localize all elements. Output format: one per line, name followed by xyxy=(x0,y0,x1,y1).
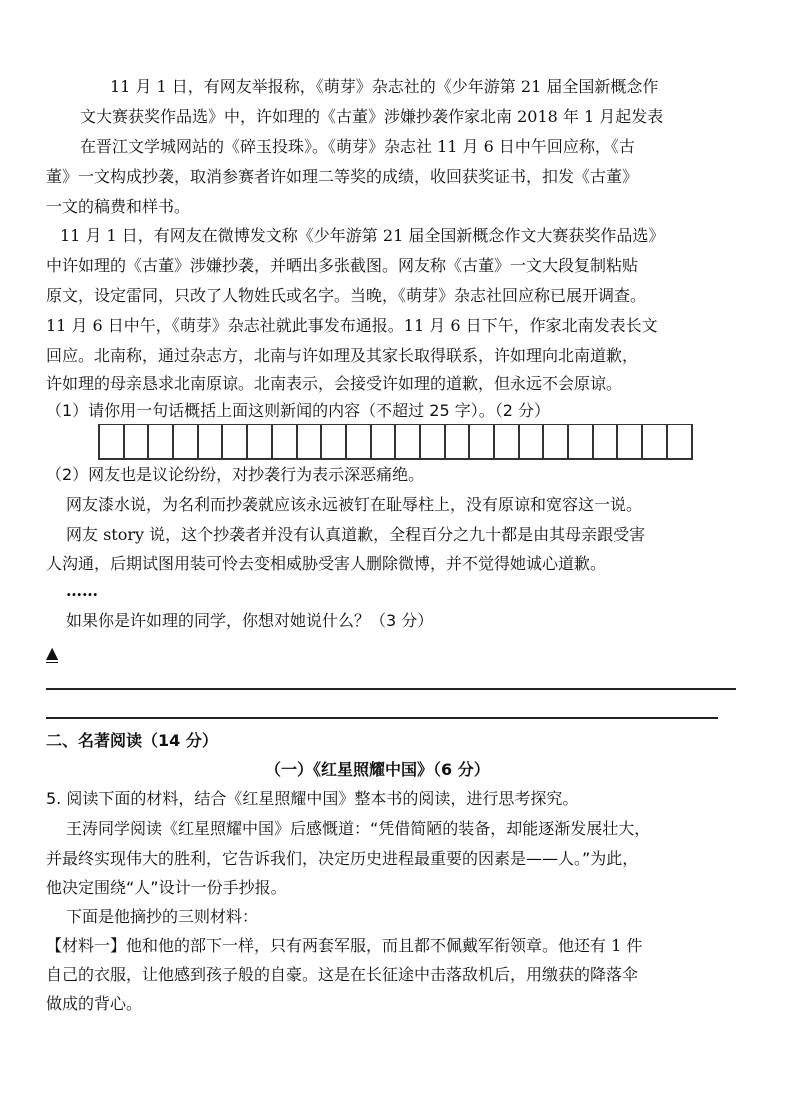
answer-box-cell[interactable] xyxy=(520,425,545,458)
answer-box-cell[interactable] xyxy=(446,425,471,458)
answer-box-cell[interactable] xyxy=(174,425,199,458)
section-subheading: （一）《红星照耀中国》（6 分） xyxy=(265,759,490,781)
intro-line: 王涛同学阅读《红星照耀中国》后感慨道：“凭借简陋的装备，却能逐渐发展壮大， xyxy=(66,818,650,840)
intro-line: 并最终实现伟大的胜利，它告诉我们，决定历史进程最重要的因素是——人。”为此， xyxy=(46,848,638,870)
answer-box-cell[interactable] xyxy=(668,425,693,458)
question-5-prompt: 5. 阅读下面的材料，结合《红星照耀中国》整本书的阅读，进行思考探究。 xyxy=(46,788,578,810)
text-line: 中许如理的《古董》涉嫌抄袭，并晒出多张截图。网友称《古董》一文大段复制粘贴 xyxy=(46,255,638,277)
text-line: 原文，设定雷同，只改了人物姓氏或名字。当晚，《萌芽》杂志社回应称已展开调查。 xyxy=(46,285,646,307)
answer-marker-icon: ▲ xyxy=(46,644,58,663)
intro-line: 他决定围绕“人”设计一份手抄报。 xyxy=(46,877,287,899)
material-1-line: 自己的衣服，让他感到孩子般的自豪。这是在长征途中击落敌机后，用缴获的降落伞 xyxy=(46,964,638,986)
answer-box-grid[interactable] xyxy=(98,424,693,460)
netizen-comment-1: 网友漆水说，为名利而抄袭就应该永远被钉在耻辱柱上，没有原谅和宽容这一说。 xyxy=(66,494,642,516)
answer-box-cell[interactable] xyxy=(594,425,619,458)
answer-box-cell[interactable] xyxy=(322,425,347,458)
answer-box-cell[interactable] xyxy=(347,425,372,458)
answer-box-cell[interactable] xyxy=(298,425,323,458)
answer-box-cell[interactable] xyxy=(273,425,298,458)
question-1-prompt: （1）请你用一句话概括上面这则新闻的内容（不超过 25 字）。（2 分） xyxy=(46,400,550,422)
answer-box-cell[interactable] xyxy=(544,425,569,458)
section-heading: 二、名著阅读（14 分） xyxy=(46,730,218,752)
text-line: 11 月 6 日中午，《萌芽》杂志社就此事发布通报。11 月 6 日下午，作家北… xyxy=(46,315,658,337)
text-line: 11 月 1 日，有网友在微博发文称《少年游第 21 届全国新概念作文大赛获奖作… xyxy=(60,225,664,247)
answer-box-cell[interactable] xyxy=(100,425,125,458)
question-2-prompt: （2）网友也是议论纷纷，对抄袭行为表示深恶痛绝。 xyxy=(46,464,424,486)
text-line: 一文的稿费和样书。 xyxy=(46,196,190,218)
question-2-question: 如果你是许如理的同学，你想对她说什么？（3 分） xyxy=(66,610,433,632)
answer-box-cell[interactable] xyxy=(372,425,397,458)
answer-line[interactable] xyxy=(46,688,736,690)
answer-box-cell[interactable] xyxy=(248,425,273,458)
netizen-comment-2: 网友 story 说，这个抄袭者并没有认真道歉，全程百分之九十都是由其母亲跟受害 xyxy=(66,524,645,546)
netizen-comment-2-cont: 人沟通，后期试图用装可怜去变相威胁受害人删除微博，并不觉得她诚心道歉。 xyxy=(46,553,606,575)
text-line: 许如理的母亲恳求北南原谅。北南表示，会接受许如理的道歉，但永远不会原谅。 xyxy=(46,373,622,395)
answer-box-cell[interactable] xyxy=(199,425,224,458)
material-1-line: 【材料一】他和他的部下一样，只有两套军服，而且都不佩戴军衔领章。他还有 1 件 xyxy=(46,935,642,957)
material-1-line: 做成的背心。 xyxy=(46,993,142,1015)
text-line: 回应。北南称，通过杂志方，北南与许如理及其家长取得联系，许如理向北南道歉， xyxy=(46,345,638,367)
answer-box-cell[interactable] xyxy=(569,425,594,458)
answer-box-cell[interactable] xyxy=(421,425,446,458)
answer-box-cell[interactable] xyxy=(618,425,643,458)
text-line: 董》一文构成抄袭，取消参赛者许如理二等奖的成绩，收回获奖证书，扣发《古董》 xyxy=(46,166,638,188)
text-line: 在晋江文学城网站的《碎玉投珠》。《萌芽》杂志社 11 月 6 日中午回应称，《古 xyxy=(80,136,635,158)
answer-box-cell[interactable] xyxy=(643,425,668,458)
answer-box-cell[interactable] xyxy=(396,425,421,458)
answer-box-cell[interactable] xyxy=(125,425,150,458)
text-line: 文大赛获奖作品选》中，许如理的《古董》涉嫌抄袭作家北南 2018 年 1 月起发… xyxy=(80,106,663,128)
ellipsis: …… xyxy=(66,580,98,602)
answer-box-cell[interactable] xyxy=(223,425,248,458)
answer-line[interactable] xyxy=(46,717,718,719)
answer-box-cell[interactable] xyxy=(470,425,495,458)
answer-box-cell[interactable] xyxy=(495,425,520,458)
materials-lead: 下面是他摘抄的三则材料： xyxy=(66,906,258,928)
text-line: 11 月 1 日，有网友举报称，《萌芽》杂志社的《少年游第 21 届全国新概念作 xyxy=(110,76,658,98)
answer-box-cell[interactable] xyxy=(149,425,174,458)
